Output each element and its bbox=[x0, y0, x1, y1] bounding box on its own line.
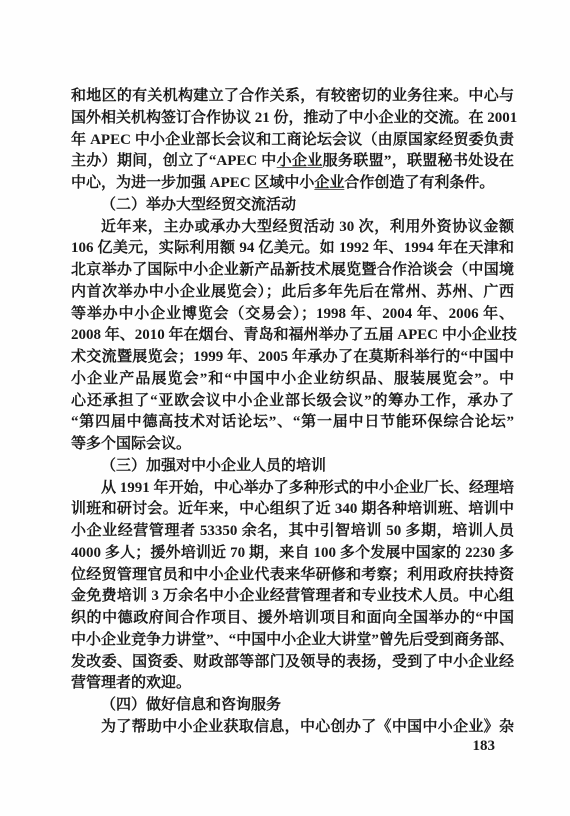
text-segment: 2008 年、2010 年在烟台、青岛和福州举办了五届 APEC 中小企业技 bbox=[71, 327, 517, 343]
text-line: 营管理者的欢迎。 bbox=[71, 673, 514, 695]
text-segment: 位经贸管理官员和中小企业代表来华研修和考察；利用政府扶持资 bbox=[71, 567, 514, 583]
text-line: 主办）期间，创立了“APEC 中小企业服务联盟”，联盟秘书处设在 bbox=[71, 151, 514, 173]
text-line: 中小企业竞争力讲堂”、“中国中小企业大讲堂”曾先后受到商务部、 bbox=[71, 630, 514, 652]
text-line: 4000 多人；援外培训近 70 期，来自 100 多个发展中国家的 2230 … bbox=[71, 543, 514, 565]
text-segment: 织的中德政府间合作项目、援外培训项目和面向全国举办的“中国 bbox=[71, 610, 514, 626]
text-line: 为了帮助中小企业获取信息，中心创办了《中国中小企业》杂 bbox=[71, 717, 514, 739]
text-line: 织的中德政府间合作项目、援外培训项目和面向全国举办的“中国 bbox=[71, 608, 514, 630]
text-segment: 国外相关机构签订合作协议 21 份，推动了中小企业的交流。在 2001 bbox=[71, 110, 517, 126]
text-line: 年 APEC 中小企业部长会议和工商论坛会议（由原国家经贸委负责 bbox=[71, 130, 514, 152]
text-segment: 小企业产品展览会”和“中国中小企业纺织品、服装展览会”。中 bbox=[71, 371, 514, 387]
underlined-text: 企业 bbox=[314, 175, 344, 191]
text-block: 和地区的有关机构建立了合作关系，有较密切的业务往来。中心与国外相关机构签订合作协… bbox=[71, 86, 514, 739]
text-line: 从 1991 年开始，中心举办了多种形式的中小企业厂长、经理培 bbox=[71, 478, 514, 500]
text-line: 训班和研讨会。近年来，中心组织了近 340 期各种培训班、培训中 bbox=[71, 499, 514, 521]
text-segment: 从 1991 年开始，中心举办了多种形式的中小企业厂长、经理培 bbox=[101, 480, 514, 496]
text-line: （四）做好信息和咨询服务 bbox=[71, 695, 514, 717]
text-segment: 内首次举办中小企业展览会）；此后多年先后在常州、苏州、广西 bbox=[71, 284, 514, 300]
text-line: （二）举办大型经贸交流活动 bbox=[71, 195, 514, 217]
text-segment: 中心，为进一步加强 APEC 区域中小 bbox=[71, 175, 314, 191]
text-line: 内首次举办中小企业展览会）；此后多年先后在常州、苏州、广西 bbox=[71, 282, 514, 304]
text-segment: 和地区的有关机构建立了合作关系，有较密切的业务往来。中心与 bbox=[71, 88, 514, 104]
text-segment: 等多个国际会议。 bbox=[71, 436, 191, 452]
text-segment: 4000 多人；援外培训近 70 期，来自 100 多个发展中国家的 2230 … bbox=[71, 545, 514, 561]
text-segment: 等举办中小企业博览会（交易会）；1998 年、2004 年、2006 年、 bbox=[71, 306, 514, 322]
text-segment: 近年来，主办或承办大型经贸活动 30 次，利用外资协议金额 bbox=[101, 219, 514, 235]
text-line: “第四届中德高技术对话论坛”、“第一届中日节能环保综合论坛” bbox=[71, 412, 514, 434]
text-line: 北京举办了国际中小企业新产品新技术展览暨合作洽谈会（中国境 bbox=[71, 260, 514, 282]
text-segment: 中小企业竞争力讲堂”、“中国中小企业大讲堂”曾先后受到商务部、 bbox=[71, 632, 514, 648]
text-line: 位经贸管理官员和中小企业代表来华研修和考察；利用政府扶持资 bbox=[71, 565, 514, 587]
text-segment: 营管理者的欢迎。 bbox=[71, 675, 191, 691]
document-page: 和地区的有关机构建立了合作关系，有较密切的业务往来。中心与国外相关机构签订合作协… bbox=[0, 0, 570, 816]
text-segment: 106 亿美元，实际利用额 94 亿美元。如 1992 年、1994 年在天津和 bbox=[71, 240, 514, 256]
text-segment: 小企业经营管理者 53350 余名，其中引智培训 50 多期，培训人员 bbox=[71, 523, 514, 539]
text-segment: 术交流暨展览会；1999 年、2005 年承办了在莫斯科举行的“中国中 bbox=[71, 349, 514, 365]
text-line: 106 亿美元，实际利用额 94 亿美元。如 1992 年、1994 年在天津和 bbox=[71, 238, 514, 260]
text-segment: （三）加强对中小企业人员的培训 bbox=[101, 458, 326, 474]
text-segment: 训班和研讨会。近年来，中心组织了近 340 期各种培训班、培训中 bbox=[71, 501, 514, 517]
text-segment: （四）做好信息和咨询服务 bbox=[101, 697, 281, 713]
text-segment: 金免费培训 3 万余名中小企业经营管理者和专业技术人员。中心组 bbox=[71, 588, 514, 604]
text-segment: 合作创造了有利条件。 bbox=[344, 175, 494, 191]
text-line: （三）加强对中小企业人员的培训 bbox=[71, 456, 514, 478]
text-line: 小企业经营管理者 53350 余名，其中引智培训 50 多期，培训人员 bbox=[71, 521, 514, 543]
text-segment: 服务联盟”，联盟秘书处设在 bbox=[323, 153, 514, 169]
text-line: 术交流暨展览会；1999 年、2005 年承办了在莫斯科举行的“中国中 bbox=[71, 347, 514, 369]
text-line: 和地区的有关机构建立了合作关系，有较密切的业务往来。中心与 bbox=[71, 86, 514, 108]
text-line: 2008 年、2010 年在烟台、青岛和福州举办了五届 APEC 中小企业技 bbox=[71, 325, 514, 347]
text-segment: 为了帮助中小企业获取信息，中心创办了《中国中小企业》杂 bbox=[101, 719, 514, 735]
text-line: 金免费培训 3 万余名中小企业经营管理者和专业技术人员。中心组 bbox=[71, 586, 514, 608]
text-line: 心还承担了“亚欧会议中小企业部长级会议”的筹办工作，承办了 bbox=[71, 391, 514, 413]
underlined-text: 小企业 bbox=[277, 153, 323, 169]
text-line: 中心，为进一步加强 APEC 区域中小企业合作创造了有利条件。 bbox=[71, 173, 514, 195]
text-segment: 主办）期间，创立了“APEC 中 bbox=[71, 153, 277, 169]
text-line: 小企业产品展览会”和“中国中小企业纺织品、服装展览会”。中 bbox=[71, 369, 514, 391]
text-line: 发改委、国资委、财政部等部门及领导的表扬，受到了中小企业经 bbox=[71, 652, 514, 674]
text-line: 等举办中小企业博览会（交易会）；1998 年、2004 年、2006 年、 bbox=[71, 304, 514, 326]
text-segment: （二）举办大型经贸交流活动 bbox=[101, 197, 296, 213]
text-segment: 北京举办了国际中小企业新产品新技术展览暨合作洽谈会（中国境 bbox=[71, 262, 514, 278]
text-segment: “第四届中德高技术对话论坛”、“第一届中日节能环保综合论坛” bbox=[71, 414, 514, 430]
text-segment: 发改委、国资委、财政部等部门及领导的表扬，受到了中小企业经 bbox=[71, 654, 514, 670]
text-line: 国外相关机构签订合作协议 21 份，推动了中小企业的交流。在 2001 bbox=[71, 108, 514, 130]
text-line: 近年来，主办或承办大型经贸活动 30 次，利用外资协议金额 bbox=[71, 217, 514, 239]
text-segment: 心还承担了“亚欧会议中小企业部长级会议”的筹办工作，承办了 bbox=[71, 393, 514, 409]
text-segment: 年 APEC 中小企业部长会议和工商论坛会议（由原国家经贸委负责 bbox=[71, 132, 514, 148]
text-line: 等多个国际会议。 bbox=[71, 434, 514, 456]
page-number: 183 bbox=[71, 738, 514, 755]
